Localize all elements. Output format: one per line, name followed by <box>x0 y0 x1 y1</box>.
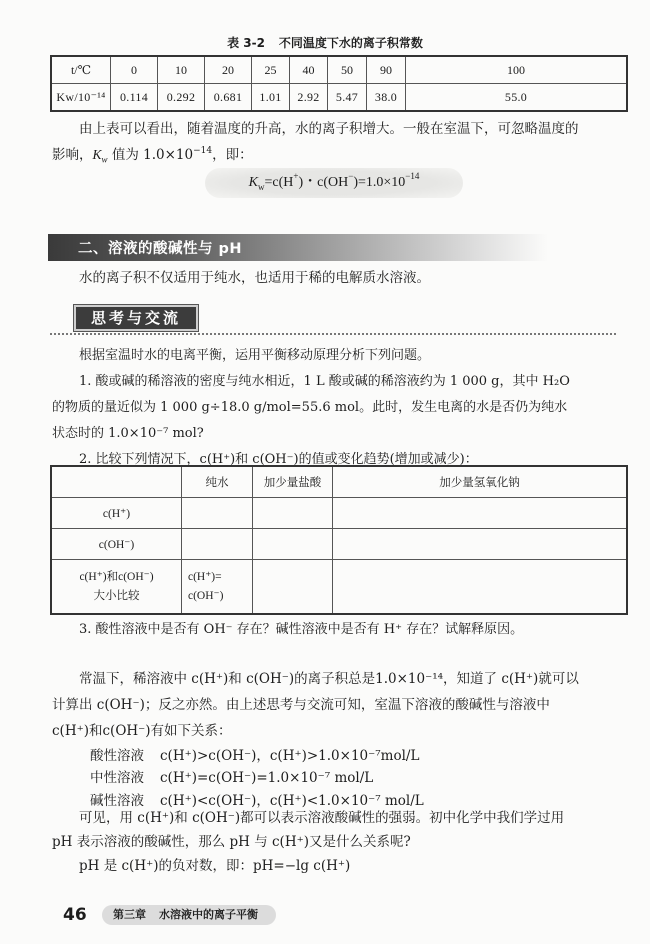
formula-part: )・c(OH <box>298 175 348 190</box>
chapter-number: 第三章 <box>113 908 146 921</box>
paragraph-relations-intro: 常温下，稀溶液中 c(H⁺)和 c(OH⁻)的离子积总是1.0×10⁻¹⁴，知道… <box>52 666 630 744</box>
question-3: 3. 酸性溶液中是否有 OH⁻ 存在？碱性溶液中是否有 H⁺ 存在？试解释原因。 <box>52 617 630 643</box>
table-cell: 40 <box>290 56 328 84</box>
question-1: 1. 酸或碱的稀溶液的密度与纯水相近，1 L 酸或碱的稀溶液约为 1 000 g… <box>52 369 630 395</box>
think-box-content: 根据室温时水的电离平衡，运用平衡移动原理分析下列问题。 1. 酸或碱的稀溶液的密… <box>52 343 630 473</box>
formula-sup: − <box>348 171 353 181</box>
table-header-add-hcl: 加少量盐酸 <box>253 466 333 498</box>
table-row: c(H⁺) <box>51 498 627 529</box>
text-line: 计算出 c(OH⁻)；反之亦然。由上述思考与交流可知，室温下溶液的酸碱性与溶液中 <box>52 692 630 718</box>
paragraph-kw-explanation: 由上表可以看出，随着温度的升高，水的离子积增大。一般在室温下，可忽略温度的 影响… <box>52 116 630 168</box>
table-cell-blank <box>253 529 333 560</box>
table-cell-blank <box>333 529 628 560</box>
section-header: 二、溶液的酸碱性与 pH <box>48 234 548 261</box>
temperature-header: t/℃ <box>51 56 111 84</box>
relation-expression: c(H⁺)=c(OH⁻)=1.0×10⁻⁷ mol/L <box>160 770 373 786</box>
table-cell: 90 <box>367 56 406 84</box>
table-header-add-naoh: 加少量氢氧化钠 <box>333 466 628 498</box>
formula-sup: + <box>293 171 298 181</box>
kw-row: Kw/10⁻¹⁴ 0.114 0.292 0.681 1.01 2.92 5.4… <box>51 84 627 112</box>
label-line: c(H⁺)和c(OH⁻) <box>52 568 181 587</box>
table-header-row: 纯水 加少量盐酸 加少量氢氧化钠 <box>51 466 627 498</box>
table-cell: 25 <box>252 56 290 84</box>
text-fragment: 影响， <box>52 147 93 163</box>
text-fragment: 值为 1.0×10 <box>108 147 194 163</box>
cell-line: c(OH⁻) <box>188 587 252 606</box>
section-title: 二、溶液的酸碱性与 pH <box>78 237 242 258</box>
table-cell: 20 <box>205 56 252 84</box>
table-cell: 0.114 <box>111 84 158 112</box>
formula-part: )=1.0×10 <box>353 175 405 190</box>
exponent: −14 <box>193 146 212 156</box>
kw-header: Kw/10⁻¹⁴ <box>51 84 111 112</box>
table-cell: 0.292 <box>158 84 205 112</box>
kw-symbol: Kw <box>93 147 108 162</box>
text-line: pH 表示溶液的酸碱性，那么 pH 与 c(H⁺)又是什么关系呢? <box>52 830 630 854</box>
kw-formula: Kw=c(H+)・c(OH−)=1.0×10−14 <box>205 168 463 198</box>
table-cell: 100 <box>406 56 628 84</box>
question-1-line-2: 的物质的量近似为 1 000 g÷18.0 g/mol=55.6 mol。此时，… <box>52 395 630 421</box>
table-caption-title: 不同温度下水的离子积常数 <box>279 36 423 50</box>
table-cell: 2.92 <box>290 84 328 112</box>
table-cell-blank <box>333 560 628 615</box>
table-header-empty <box>51 466 182 498</box>
table-caption: 表 3-2不同温度下水的离子积常数 <box>0 34 650 51</box>
question-1-line-3: 状态时的 1.0×10⁻⁷ mol? <box>52 421 630 447</box>
table-cell: 0.681 <box>205 84 252 112</box>
text-fragment: ，即： <box>212 147 253 163</box>
cell-line: c(H⁺)= <box>188 568 252 587</box>
row-label-coh: c(OH⁻) <box>51 529 182 560</box>
chapter-footer: 第三章水溶液中的离子平衡 <box>102 905 276 925</box>
relation-label: 中性溶液 <box>90 766 160 786</box>
think-lead: 根据室温时水的电离平衡，运用平衡移动原理分析下列问题。 <box>52 343 630 369</box>
section-intro: 水的离子积不仅适用于纯水，也适用于稀的电解质水溶液。 <box>52 265 630 291</box>
relation-acidic: 酸性溶液c(H⁺)>c(OH⁻)，c(H⁺)>1.0×10⁻⁷mol/L <box>90 744 419 764</box>
kw-temperature-table: t/℃ 0 10 20 25 40 50 90 100 Kw/10⁻¹⁴ 0.1… <box>50 55 628 112</box>
temperature-row: t/℃ 0 10 20 25 40 50 90 100 <box>51 56 627 84</box>
table-cell: 0 <box>111 56 158 84</box>
table-cell-blank <box>253 498 333 529</box>
row-label-ch: c(H⁺) <box>51 498 182 529</box>
table-caption-label: 表 3-2 <box>227 36 265 50</box>
text-line: 可见，用 c(H⁺)和 c(OH⁻)都可以表示溶液酸碱性的强弱。初中化学中我们学… <box>52 806 630 830</box>
dotted-divider <box>50 333 616 335</box>
formula-part: =c(H <box>265 175 294 190</box>
row-label-compare: c(H⁺)和c(OH⁻) 大小比较 <box>51 560 182 615</box>
label-line: 大小比较 <box>52 587 181 606</box>
comparison-table: 纯水 加少量盐酸 加少量氢氧化钠 c(H⁺) c(OH⁻) c(H⁺)和c(OH… <box>50 465 628 615</box>
table-row: c(H⁺)和c(OH⁻) 大小比较 c(H⁺)= c(OH⁻) <box>51 560 627 615</box>
paragraph-ph: 可见，用 c(H⁺)和 c(OH⁻)都可以表示溶液酸碱性的强弱。初中化学中我们学… <box>52 806 630 878</box>
table-header-pure-water: 纯水 <box>182 466 253 498</box>
table-cell: 55.0 <box>406 84 628 112</box>
relation-expression: c(H⁺)>c(OH⁻)，c(H⁺)>1.0×10⁻⁷mol/L <box>160 748 419 764</box>
text-line: 影响，Kw 值为 1.0×10−14，即： <box>52 142 630 168</box>
table-row: c(OH⁻) <box>51 529 627 560</box>
formula-sup: −14 <box>405 171 419 181</box>
table-cell-blank <box>182 529 253 560</box>
text-line: 由上表可以看出，随着温度的升高，水的离子积增大。一般在室温下，可忽略温度的 <box>52 116 630 142</box>
table-cell: 1.01 <box>252 84 290 112</box>
table-cell: 10 <box>158 56 205 84</box>
table-cell: 50 <box>328 56 367 84</box>
text-line: c(H⁺)和c(OH⁻)有如下关系： <box>52 718 630 744</box>
think-discuss-badge: 思考与交流 <box>74 305 198 331</box>
pure-water-compare-cell: c(H⁺)= c(OH⁻) <box>182 560 253 615</box>
table-cell: 38.0 <box>367 84 406 112</box>
relation-neutral: 中性溶液c(H⁺)=c(OH⁻)=1.0×10⁻⁷ mol/L <box>90 766 373 786</box>
relation-label: 酸性溶液 <box>90 744 160 764</box>
chapter-title: 水溶液中的离子平衡 <box>159 908 258 921</box>
page-number: 46 <box>63 905 87 925</box>
table-cell-blank <box>182 498 253 529</box>
text-line: 常温下，稀溶液中 c(H⁺)和 c(OH⁻)的离子积总是1.0×10⁻¹⁴，知道… <box>52 666 630 692</box>
table-cell-blank <box>253 560 333 615</box>
table-cell-blank <box>333 498 628 529</box>
table-cell: 5.47 <box>328 84 367 112</box>
formula-k: K <box>249 175 258 190</box>
ph-definition: pH 是 c(H⁺)的负对数，即：pH=−lg c(H⁺) <box>52 854 630 878</box>
